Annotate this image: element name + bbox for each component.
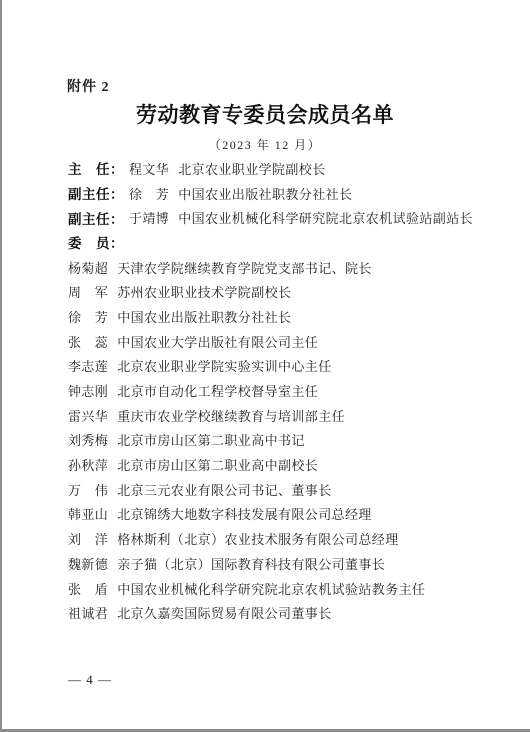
person-name: 张 盾 bbox=[68, 579, 108, 598]
person-title: 北京市房山区第二职业高中副校长 bbox=[117, 455, 318, 474]
member-row: 刘秀梅 北京市房山区第二职业高中书记 bbox=[68, 428, 502, 453]
person-name: 张 蕊 bbox=[68, 332, 108, 351]
person-name: 徐 芳 bbox=[129, 184, 169, 203]
person-name: 孙秋萍 bbox=[68, 455, 108, 474]
leader-row-deputy-2: 副主任： 于靖博 中国农业机械化科学研究院北京农机试验站副站长 bbox=[68, 205, 502, 230]
member-row: 李志莲 北京农业职业学院实验实训中心主任 bbox=[68, 354, 502, 379]
page-number: — 4 — bbox=[68, 672, 112, 688]
member-row: 雷兴华 重庆市农业学校继续教育与培训部主任 bbox=[68, 403, 502, 428]
person-title: 中国农业出版社职教分社社长 bbox=[178, 184, 352, 203]
person-title: 北京农业职业学院副校长 bbox=[178, 159, 325, 178]
leader-row-director: 主 任： 程文华 北京农业职业学院副校长 bbox=[68, 156, 502, 181]
page-subtitle: （2023 年 12 月） bbox=[0, 136, 530, 153]
person-name: 徐 芳 bbox=[68, 307, 108, 326]
person-title: 重庆市农业学校继续教育与培训部主任 bbox=[117, 406, 345, 425]
member-row: 祖诚君 北京久嘉奕国际贸易有限公司董事长 bbox=[68, 600, 502, 625]
role-label: 副主任： bbox=[68, 208, 124, 228]
person-title: 亲子猫（北京）国际教育科技有限公司董事长 bbox=[117, 554, 385, 573]
page-title: 劳动教育专委员会成员名单 bbox=[0, 99, 530, 129]
person-title: 北京锦绣大地数字科技发展有限公司总经理 bbox=[117, 504, 372, 523]
member-row: 周 军 苏州农业职业技术学院副校长 bbox=[68, 279, 502, 304]
member-row: 万 伟 北京三元农业有限公司书记、董事长 bbox=[68, 477, 502, 502]
roster: 主 任： 程文华 北京农业职业学院副校长 副主任： 徐 芳 中国农业出版社职教分… bbox=[68, 156, 502, 625]
person-name: 刘秀梅 bbox=[68, 430, 108, 449]
person-name: 于靖博 bbox=[129, 208, 169, 227]
person-title: 苏州农业职业技术学院副校长 bbox=[117, 282, 291, 301]
member-row: 孙秋萍 北京市房山区第二职业高中副校长 bbox=[68, 452, 502, 477]
person-title: 北京三元农业有限公司书记、董事长 bbox=[117, 480, 331, 499]
person-name: 雷兴华 bbox=[68, 406, 108, 425]
attachment-label: 附件 2 bbox=[67, 76, 110, 96]
role-label: 主 任： bbox=[68, 158, 124, 178]
member-row: 徐 芳 中国农业出版社职教分社社长 bbox=[68, 304, 502, 329]
member-row: 张 蕊 中国农业大学出版社有限公司主任 bbox=[68, 329, 502, 354]
member-row: 张 盾 中国农业机械化科学研究院北京农机试验站教务主任 bbox=[68, 576, 502, 601]
person-name: 李志莲 bbox=[68, 356, 108, 375]
person-name: 杨菊超 bbox=[68, 258, 108, 277]
person-title: 天津农学院继续教育学院党支部书记、院长 bbox=[117, 258, 372, 277]
person-title: 中国农业机械化科学研究院北京农机试验站副站长 bbox=[178, 208, 473, 227]
leader-row-deputy-1: 副主任： 徐 芳 中国农业出版社职教分社社长 bbox=[68, 181, 502, 206]
member-row: 钟志刚 北京市自动化工程学校督导室主任 bbox=[68, 378, 502, 403]
person-title: 中国农业出版社职教分社社长 bbox=[117, 307, 291, 326]
person-title: 北京久嘉奕国际贸易有限公司董事长 bbox=[117, 603, 331, 622]
person-title: 中国农业大学出版社有限公司主任 bbox=[117, 332, 318, 351]
person-title: 北京农业职业学院实验实训中心主任 bbox=[117, 356, 331, 375]
member-row: 刘 洋 格林斯利（北京）农业技术服务有限公司总经理 bbox=[68, 526, 502, 551]
person-name: 韩亚山 bbox=[68, 504, 108, 523]
role-label: 副主任： bbox=[68, 183, 124, 203]
person-name: 程文华 bbox=[129, 159, 169, 178]
person-title: 北京市自动化工程学校督导室主任 bbox=[117, 381, 318, 400]
person-title: 北京市房山区第二职业高中书记 bbox=[117, 430, 305, 449]
member-row: 魏新德 亲子猫（北京）国际教育科技有限公司董事长 bbox=[68, 551, 502, 576]
person-name: 刘 洋 bbox=[68, 529, 108, 548]
person-name: 祖诚君 bbox=[68, 603, 108, 622]
person-name: 钟志刚 bbox=[68, 381, 108, 400]
member-row: 韩亚山 北京锦绣大地数字科技发展有限公司总经理 bbox=[68, 502, 502, 527]
role-label: 委 员： bbox=[68, 232, 124, 252]
person-title: 中国农业机械化科学研究院北京农机试验站教务主任 bbox=[117, 579, 425, 598]
person-title: 格林斯利（北京）农业技术服务有限公司总经理 bbox=[117, 529, 398, 548]
person-name: 周 军 bbox=[68, 282, 108, 301]
members-heading-row: 委 员： bbox=[68, 230, 502, 255]
person-name: 万 伟 bbox=[68, 480, 108, 499]
member-row: 杨菊超 天津农学院继续教育学院党支部书记、院长 bbox=[68, 255, 502, 280]
person-name: 魏新德 bbox=[68, 554, 108, 573]
